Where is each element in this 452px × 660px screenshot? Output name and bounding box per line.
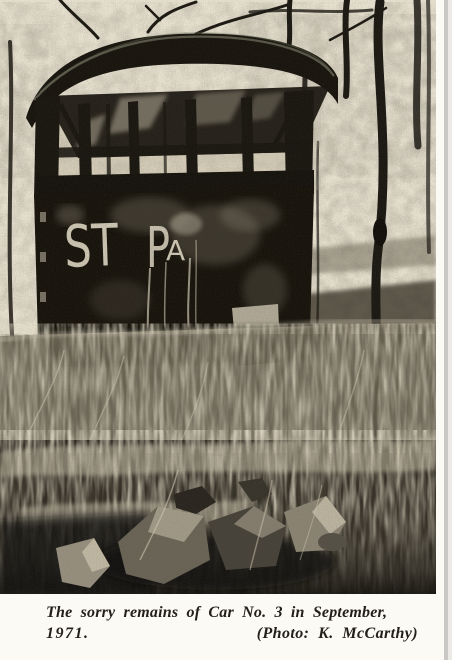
photo-illustration: ST P A — [0, 0, 436, 594]
caption-year: 1971. — [46, 623, 90, 644]
page-edge-outer — [448, 0, 452, 660]
caption-photo-credit: (Photo: K. McCarthy) — [257, 623, 418, 644]
caption-line-1: The sorry remains of Car No. 3 in Septem… — [46, 602, 418, 623]
photograph: ST P A — [0, 0, 436, 594]
photo-caption: The sorry remains of Car No. 3 in Septem… — [46, 602, 418, 644]
caption-line-2: 1971. (Photo: K. McCarthy) — [46, 623, 418, 644]
film-grain-overlay — [0, 0, 436, 594]
scanned-page: ST P A — [0, 0, 452, 660]
